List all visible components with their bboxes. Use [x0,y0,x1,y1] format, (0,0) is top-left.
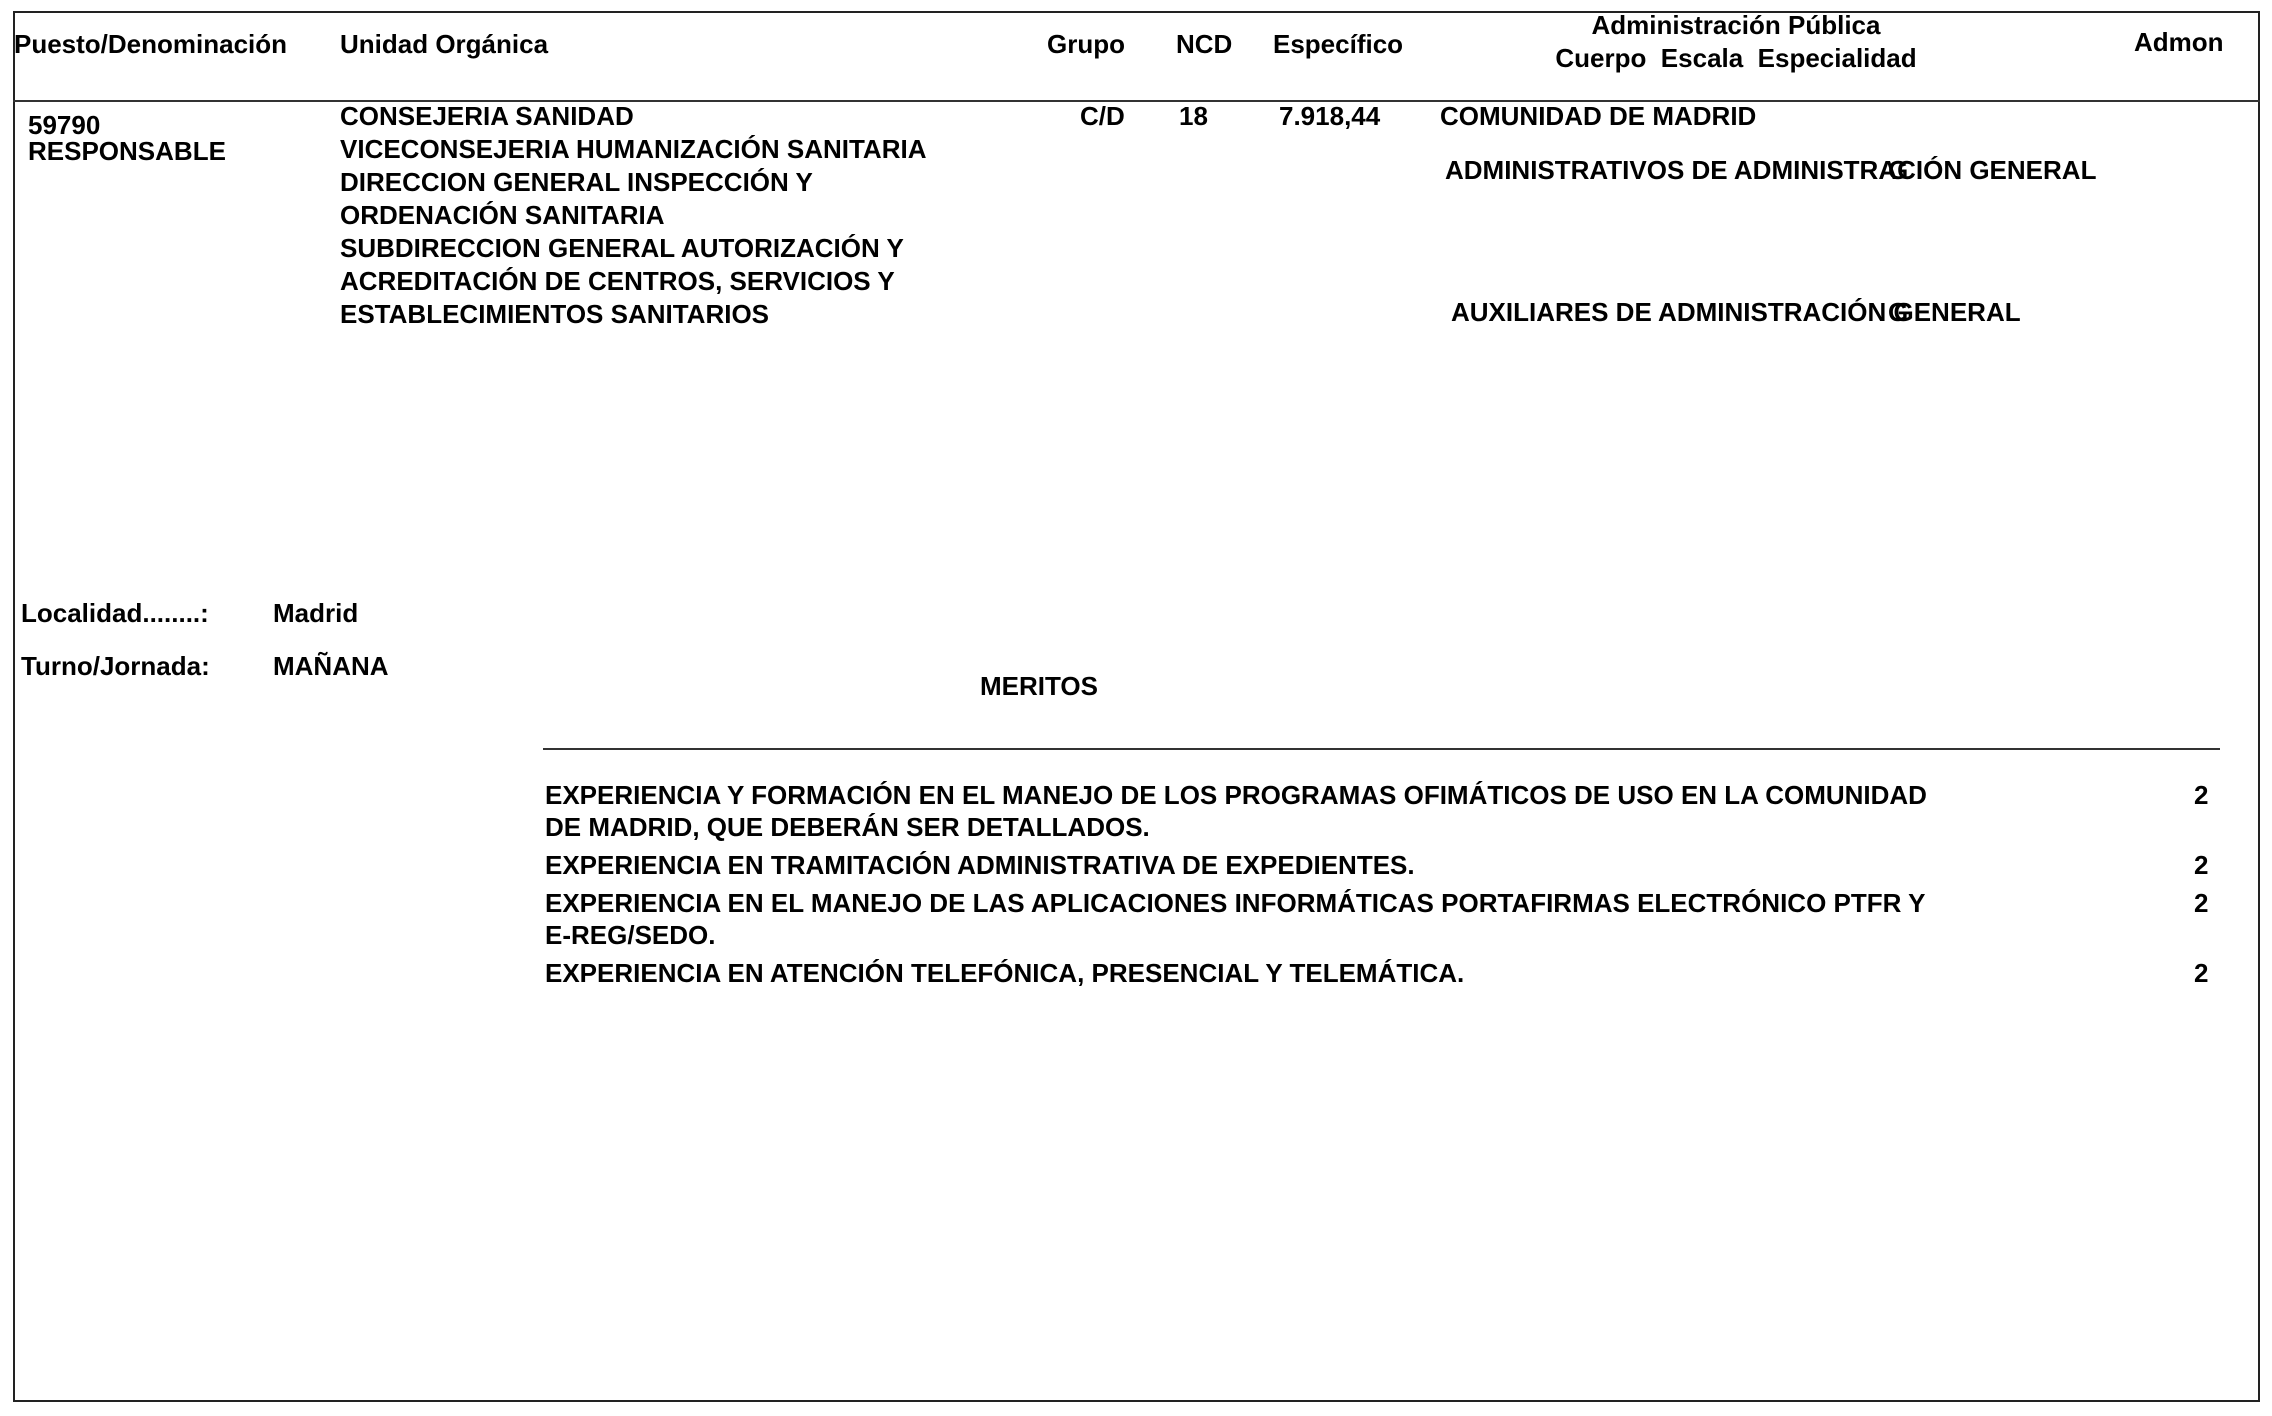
header-puesto: Puesto/Denominación [14,31,287,57]
header-admin-publica: Administración Pública [1536,12,1936,38]
meritos-title: MERITOS [980,673,1098,699]
unidad-organica-line: VICECONSEJERIA HUMANIZACIÓN SANITARIA [340,133,926,166]
merito-text: EXPERIENCIA EN EL MANEJO DE LAS APLICACI… [545,890,1926,916]
unidad-organica-line: SUBDIRECCION GENERAL AUTORIZACIÓN Y [340,232,926,265]
merito-text: DE MADRID, QUE DEBERÁN SER DETALLADOS. [545,814,1150,840]
puesto-especifico: 7.918,44 [1279,103,1380,129]
unidad-organica-line: ORDENACIÓN SANITARIA [340,199,926,232]
unidad-organica-line: ESTABLECIMIENTOS SANITARIOS [340,298,926,331]
cuerpo-nombre: ADMINISTRATIVOS DE ADMINISTRACIÓN GENERA… [1445,157,2096,183]
merito-text: EXPERIENCIA EN TRAMITACIÓN ADMINISTRATIV… [545,852,1415,878]
header-ncd: NCD [1176,31,1232,57]
meritos-divider [543,748,2220,750]
cuerpo-admon: G [1888,299,1908,325]
unidad-organica: CONSEJERIA SANIDADVICECONSEJERIA HUMANIZ… [340,100,926,331]
turno-value: MAÑANA [273,653,389,679]
turno-label: Turno/Jornada: [21,653,210,679]
merito-text: EXPERIENCIA Y FORMACIÓN EN EL MANEJO DE … [545,782,1927,808]
puesto-ncd: 18 [1179,103,1208,129]
localidad-value: Madrid [273,600,358,626]
unidad-organica-line: ACREDITACIÓN DE CENTROS, SERVICIOS Y [340,265,926,298]
merito-text: EXPERIENCIA EN ATENCIÓN TELEFÓNICA, PRES… [545,960,1464,986]
header-especifico: Específico [1273,31,1403,57]
localidad-label: Localidad........: [21,600,209,626]
header-grupo: Grupo [1047,31,1125,57]
unidad-organica-line: CONSEJERIA SANIDAD [340,100,926,133]
puesto-administracion: COMUNIDAD DE MADRID [1440,103,1756,129]
merito-puntos: 2 [2194,782,2208,808]
puesto-codigo: 59790 [28,112,100,138]
unidad-organica-line: DIRECCION GENERAL INSPECCIÓN Y [340,166,926,199]
header-cuerpo-escala: Cuerpo Escala Especialidad [1536,45,1936,71]
puesto-grupo: C/D [1080,103,1125,129]
merito-puntos: 2 [2194,852,2208,878]
merito-puntos: 2 [2194,960,2208,986]
cuerpo-nombre: AUXILIARES DE ADMINISTRACIÓN GENERAL [1451,299,2021,325]
header-unidad: Unidad Orgánica [340,31,548,57]
cuerpo-admon: G [1888,157,1908,183]
merito-text: E-REG/SEDO. [545,922,715,948]
puesto-denominacion: RESPONSABLE [28,138,226,164]
header-admon: Admon [2134,29,2224,55]
merito-puntos: 2 [2194,890,2208,916]
